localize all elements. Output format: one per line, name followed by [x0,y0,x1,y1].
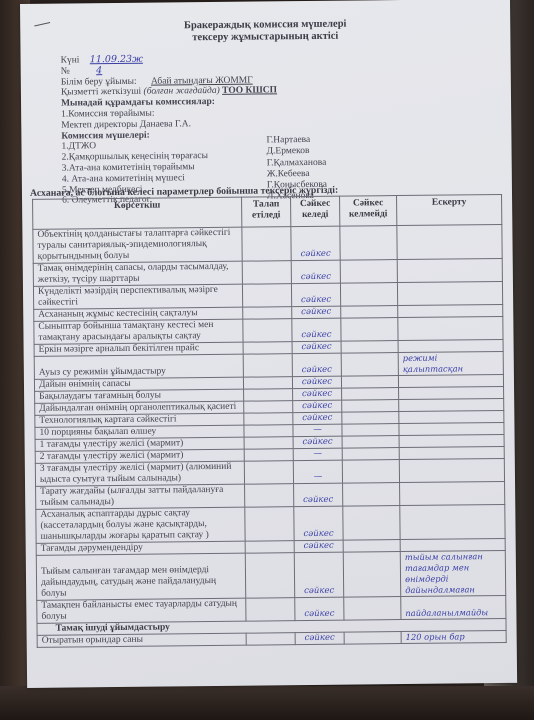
compliant-cell: сәйкес [295,632,344,645]
indicator-cell: 3 тағамды үлестіру желісі (мармит) (алюм… [35,461,244,486]
note-cell: 120 орын бар [401,630,506,643]
noncompliant-cell [343,483,400,507]
note-cell [399,446,504,459]
number-label: № [61,66,70,76]
required-cell [246,633,295,646]
member-name: Д.Ермеков [267,146,327,158]
header-required: Талап етіледі [242,197,291,228]
required-cell [244,413,293,426]
noncompliant-cell [343,506,400,541]
required-cell [244,389,293,402]
member-name: Ж.Кебеева [267,169,327,181]
provider-label: Қызметті жеткізуші [61,87,141,98]
date-label: Күні [61,55,80,65]
note-cell: пайдаланылмайды [401,595,506,619]
note-cell [399,410,504,423]
required-cell [243,307,292,320]
compliant-cell: сәйкес [292,341,341,354]
compliant-cell: сәйкес [292,318,341,342]
note-cell [398,374,503,387]
note-cell [400,538,505,551]
noncompliant-cell [342,448,399,461]
paper-sheet: Бракераждық комиссия мүшелері тексеру жұ… [20,0,517,688]
noncompliant-cell [344,597,401,621]
document-header: Күні 11.09.23ж № 4 Білім беру ұйымы: Аба… [61,53,279,206]
org-value: Абай атындағы ЖОММГ [151,75,253,86]
noncompliant-cell [342,388,399,401]
compliant-cell: сәйкес [295,597,344,621]
indicator-cell: Тамақ өнімдерінің сапасы, оларды тасымал… [33,261,242,286]
noncompliant-cell [342,460,399,484]
note-cell [398,339,503,352]
note-cell [400,504,505,539]
compliant-cell: сәйкес [291,260,340,284]
indicator-cell: Сыныптар бойынша тамақтану кестесі мен т… [34,319,243,344]
compliant-cell: сәйкес [293,388,342,401]
table-row: Асханалық аспаптарды дұрыс сақтау (кассе… [36,504,505,543]
table-row: Тыйым салынған тағамдар мен өнімдерді да… [36,550,505,600]
number-value: 4 [72,65,166,77]
required-cell [245,484,294,508]
member-name: Г.Қалмаханова [267,157,327,169]
note-cell [399,422,504,435]
noncompliant-cell [340,260,397,284]
indicator-cell: Объектінің қолданыстағы талаптарға сәйке… [33,227,242,263]
compliant-cell: сәйкес [294,552,343,598]
note-cell [397,258,502,282]
noncompliant-cell [340,226,397,261]
compliant-cell: сәйкес [293,412,342,425]
indicator-cell: Күнделікті мәзірдің перспективалық мәзір… [33,284,242,309]
indicator-cell: Тарату жағдайы (ылғалды затты пайдалануғ… [36,484,245,509]
indicator-cell: Тыйым салынған тағамдар мен өнімдерді да… [36,553,245,600]
header-compliant: Сәйкес келеді [291,196,340,227]
note-cell [397,224,502,259]
note-cell [399,398,504,411]
indicator-cell: Отыратын орындар саны [37,633,246,647]
note-cell: тыйым салынған тағамдар мен өнімдерді да… [400,550,505,596]
compliant-cell: сәйкес [293,400,342,413]
indicator-cell: Ауыз су режимін ұйымдастыру [34,354,243,379]
noncompliant-cell [343,552,400,598]
compliant-cell: сәйкес [293,436,342,449]
required-cell [244,401,293,414]
note-cell [399,458,504,482]
document-title: Бракераждық комиссия мүшелері тексеру жұ… [20,17,510,46]
required-cell [243,319,292,343]
compliant-cell: сәйкес [292,376,341,389]
compliant-cell: сәйкес [292,306,341,319]
compliant-cell: — [293,424,342,437]
required-cell [245,553,294,599]
noncompliant-cell [343,540,400,553]
header-noncompliant: Сәйкес келмейді [340,196,397,227]
header-indicator: Көрсеткіш [33,197,242,229]
required-cell [245,541,294,554]
compliant-cell: — [293,448,342,461]
table-row: Объектінің қолданыстағы талаптарға сәйке… [33,224,502,263]
noncompliant-cell [342,436,399,449]
date-value: 11.09.23ж [82,55,160,67]
required-cell [244,425,293,438]
compliant-cell: сәйкес [292,353,341,377]
noncompliant-cell [341,318,398,342]
required-cell [243,354,292,378]
note-cell [399,386,504,399]
required-cell [243,377,292,390]
required-cell [244,437,293,450]
required-cell [243,342,292,355]
noncompliant-cell [341,376,398,389]
note-cell [399,434,504,447]
required-cell [244,461,293,485]
compliant-cell: сәйкес [291,283,340,307]
required-cell [245,507,294,542]
noncompliant-cell [341,353,398,377]
note-cell [398,304,503,317]
required-cell [242,261,291,285]
provider-value: ТОО КШСП [222,86,277,97]
compliant-cell: сәйкес [291,226,340,261]
noncompliant-cell [344,632,401,645]
inspection-table: Көрсеткіш Талап етіледі Сәйкес келеді Сә… [32,194,507,648]
required-cell [242,284,291,308]
compliant-cell: сәйкес [294,506,343,541]
compliant-cell: сәйкес [294,483,343,507]
background-bottom [0,686,534,720]
required-cell [242,227,291,262]
indicator-cell: Асханалық аспаптарды дұрыс сақтау (кассе… [36,507,245,543]
noncompliant-cell [341,341,398,354]
table-header-row: Көрсеткіш Талап етіледі Сәйкес келеді Сә… [33,194,502,229]
noncompliant-cell [342,412,399,425]
note-cell [400,481,505,505]
indicator-cell: Тамақпен байланысты емес тауарларды сату… [37,598,246,623]
compliant-cell: сәйкес [294,540,343,553]
required-cell [246,598,295,622]
provider-hint: (болған жағдайда) [143,86,219,97]
member-name: Г.Нартаева [266,135,326,147]
noncompliant-cell [342,424,399,437]
required-cell [244,449,293,462]
noncompliant-cell [342,400,399,413]
note-cell [398,316,503,340]
noncompliant-cell [341,306,398,319]
compliant-cell: — [293,460,342,484]
noncompliant-cell [340,283,397,307]
note-cell [397,281,502,305]
note-cell: режимі қалыптасқан [398,351,503,375]
header-note: Ескерту [397,194,502,225]
org-label: Білім беру ұйымы: [61,76,137,87]
